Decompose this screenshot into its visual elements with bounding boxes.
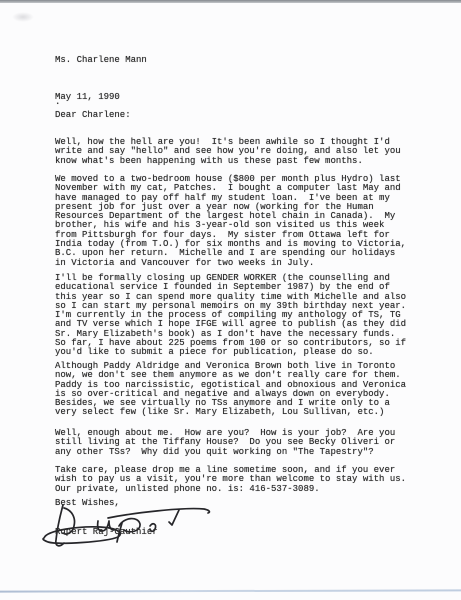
scan-edge-bottom (0, 589, 461, 592)
salutation: Dear Charlene: (55, 111, 131, 120)
letter-date: May 11, 1990 (55, 93, 120, 102)
paragraph-4: Although Paddy Aldridge and Veronica Bro… (55, 362, 406, 418)
scan-smudge (12, 12, 34, 22)
handwritten-signature (38, 499, 213, 549)
paragraph-3: I'll be formally closing up GENDER WORKE… (55, 274, 406, 358)
recipient-name: Ms. Charlene Mann (55, 56, 147, 65)
paragraph-5: Well, enough about me. How are you? How … (55, 429, 395, 457)
letter-page: Ms. Charlene Mann May 11, 1990 . Dear Ch… (0, 0, 461, 600)
typed-signature-name: Rupert Raj-Gauthier (55, 528, 158, 537)
paragraph-2: We moved to a two-bedroom house ($800 pe… (55, 175, 406, 268)
scan-edge-top (0, 0, 461, 3)
stray-period: . (55, 98, 60, 107)
paragraph-1: Well, how the hell are you! It's been aw… (55, 138, 401, 166)
paragraph-6: Take care, please drop me a line sometim… (55, 466, 406, 494)
